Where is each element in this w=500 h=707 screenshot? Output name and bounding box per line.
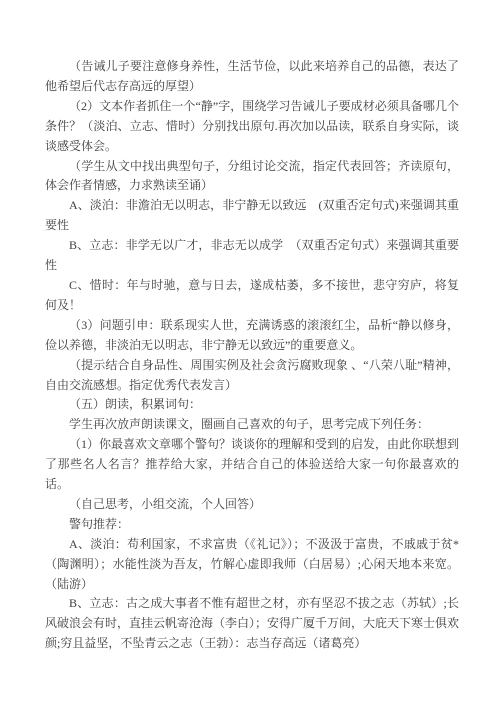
paragraph: （五）朗读，积累词句： — [45, 395, 459, 415]
paragraph: 警句推荐： — [45, 515, 459, 535]
document-page: （告诫儿子要注意修身养性，生活节俭，以此来培养自己的品德，表达了他希望后代志存高… — [0, 0, 500, 707]
paragraph: 学生再次放声朗读课文，圈画自己喜欢的句子，思考完成下列任务： — [45, 415, 459, 435]
paragraph: A、淡泊：非澹泊无以明志，非宁静无以致远 (双重否定句式)来强调其重要性 — [45, 196, 459, 236]
paragraph: （提示结合自身品性、周围实例及社会贪污腐败现象 、“八荣八耻”精神，自由交流感想… — [45, 356, 459, 396]
paragraph: （学生从文中找出典型句子，分组讨论交流，指定代表回答；齐读原句，体会作者情感，力… — [45, 157, 459, 197]
paragraph: A、淡泊：苟利国家，不求富贵（《礼记》）；不汲汲于富贵，不戚戚于贫*（陶渊明）；… — [45, 535, 459, 595]
paragraph: B、立志：非学无以广才，非志无以成学 （双重否定句式）来强调其重要性 — [45, 236, 459, 276]
paragraph: （2）文本作者抓住一个“静”字，围绕学习告诫儿子要成材必须具备哪几个条件？（淡泊… — [45, 97, 459, 157]
paragraph: （1）你最喜欢文章哪个警句？谈谈你的理解和受到的启发，由此你联想到了那些名人名言… — [45, 435, 459, 495]
paragraph: B、立志：古之成大事者不惟有超世之材，亦有坚忍不拔之志（苏轼）;长风破浪会有时，… — [45, 594, 459, 654]
paragraph: （3）问题引申：联系现实人世，充满诱惑的滚滚红尘，品析“静以修身，俭以养德，非淡… — [45, 316, 459, 356]
paragraph: （自己思考，小组交流，个人回答） — [45, 495, 459, 515]
paragraph: （告诫儿子要注意修身养性，生活节俭，以此来培养自己的品德，表达了他希望后代志存高… — [45, 57, 459, 97]
document-body: （告诫儿子要注意修身养性，生活节俭，以此来培养自己的品德，表达了他希望后代志存高… — [45, 57, 459, 654]
paragraph: C、惜时：年与时驰，意与日去，遂成枯萎，多不接世，悲守穷庐，将复何及！ — [45, 276, 459, 316]
